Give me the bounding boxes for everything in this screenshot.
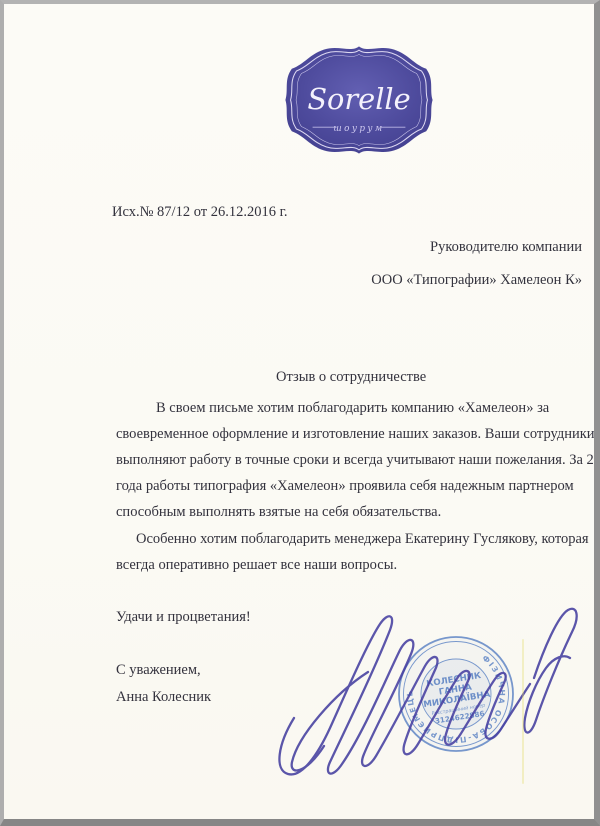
logo-subtitle-text: шоурум bbox=[333, 124, 384, 134]
logo-badge-icon: Sorelle шоурум bbox=[279, 38, 439, 162]
body-paragraph-1: В своем письме хотим поблагодарить компа… bbox=[116, 395, 595, 525]
recipient-line-1: Руководителю компании bbox=[371, 231, 582, 264]
signature-main-scrawl bbox=[279, 616, 530, 774]
closing-block: С уважением, Анна Колесник bbox=[116, 657, 211, 711]
recipient-line-2: ООО «Типографии» Хамелеон К» bbox=[371, 264, 582, 297]
wish-line: Удачи и процветания! bbox=[116, 609, 251, 626]
letter-page: Sorelle шоурум Исх.№ 87/12 от 26.12.2016… bbox=[0, 0, 600, 826]
ref-number-line: Исх.№ 87/12 от 26.12.2016 г. bbox=[112, 204, 288, 221]
signature-icon bbox=[272, 586, 582, 786]
signature-flourish-right bbox=[524, 609, 576, 733]
recipient-block: Руководителю компании ООО «Типографии» Х… bbox=[371, 231, 582, 297]
handwritten-signature bbox=[272, 586, 582, 786]
logo-brand-text: Sorelle bbox=[307, 82, 410, 116]
brand-logo: Sorelle шоурум bbox=[279, 38, 439, 162]
signature-loop-left bbox=[292, 672, 368, 770]
body-paragraph-2: Особенно хотим поблагодарить менеджера Е… bbox=[116, 526, 589, 578]
scan-artifact-line bbox=[522, 639, 524, 784]
letter-title: Отзыв о сотрудничестве bbox=[276, 369, 426, 386]
